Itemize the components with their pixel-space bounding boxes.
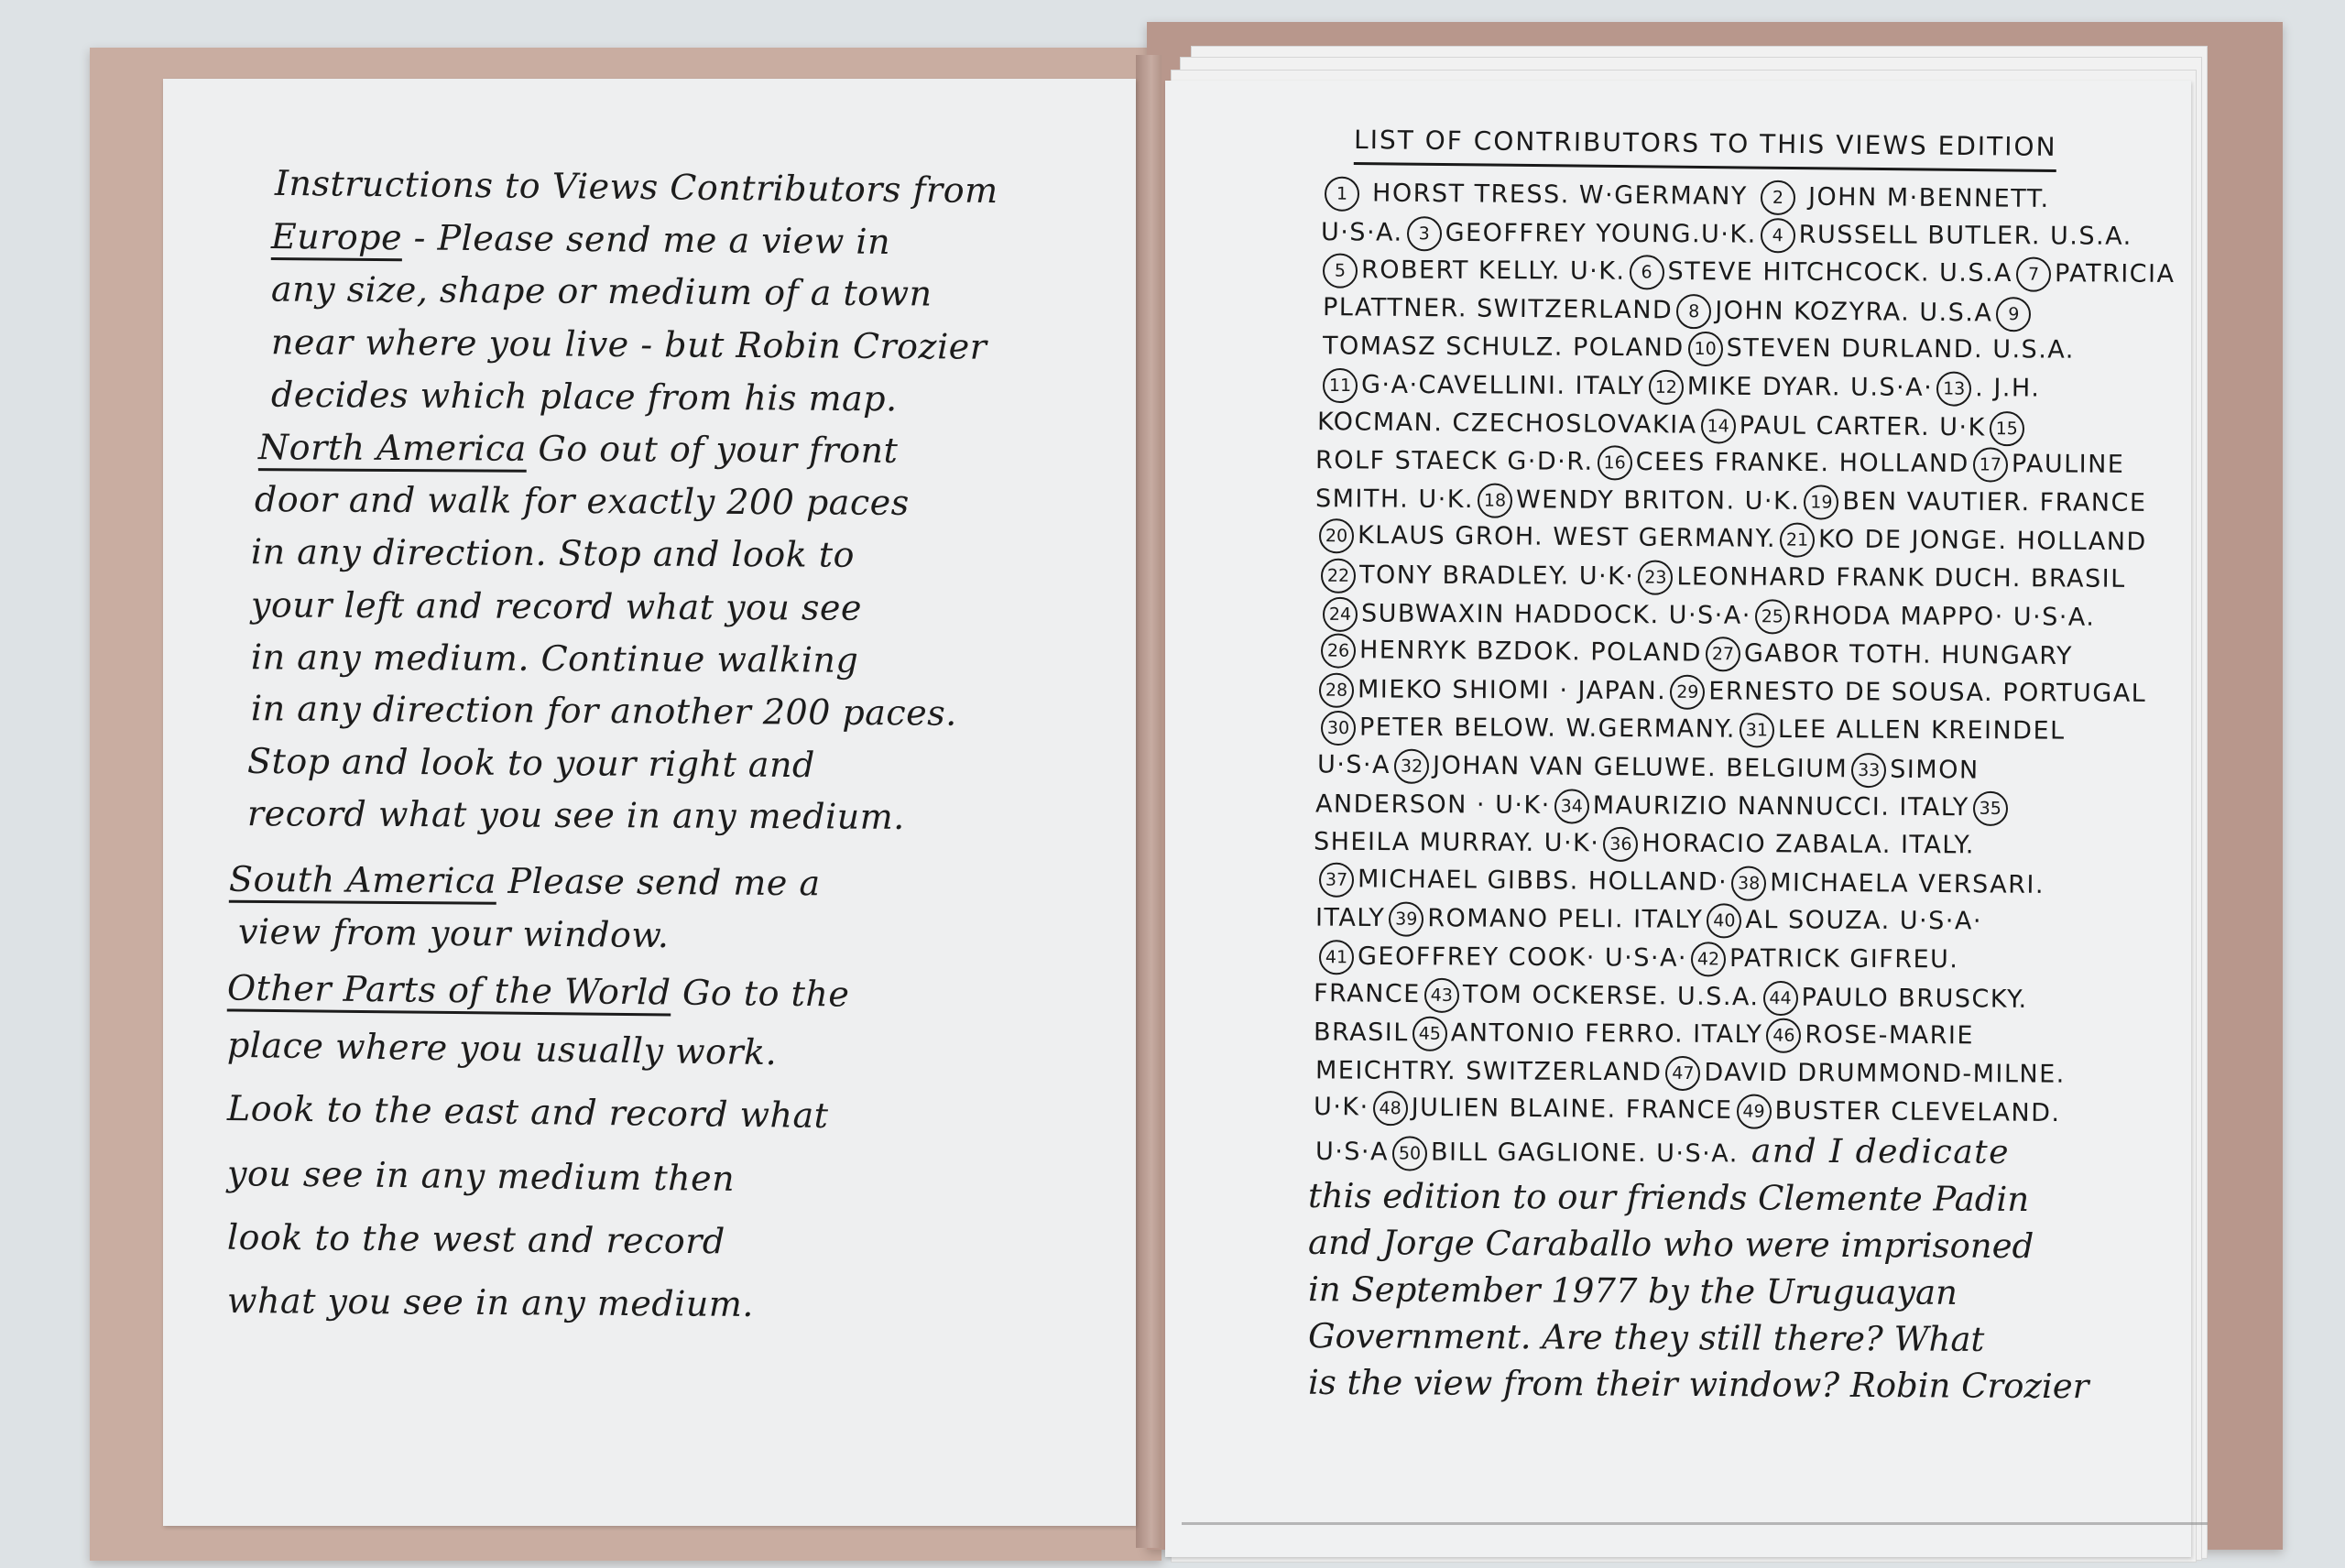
contributor-text: BUSTER CLEVELAND. [1774, 1097, 2060, 1128]
contributor-text: RHODA MAPPO· U·S·A. [1794, 602, 2096, 632]
contributor-line: 24SUBWAXIN HADDOCK. U·S·A·25RHODA MAPPO·… [1319, 596, 2096, 635]
circled-number: 17 [1973, 448, 2008, 483]
contributor-text: KO DE JONGE. HOLLAND [1818, 526, 2147, 557]
contributor-text: GEOFFREY YOUNG.U·K. [1445, 218, 1757, 248]
handwritten-line: near where you live - but Robin Crozier [271, 321, 987, 366]
circled-number: 25 [1755, 599, 1790, 634]
circled-number: 8 [1676, 294, 1711, 329]
region-heading: North America [258, 427, 527, 469]
contributor-text: ERNESTO DE SOUSA. PORTUGAL [1708, 677, 2146, 708]
circled-number: 40 [1707, 904, 1741, 939]
contributor-text: PATRICK GIFREU. [1729, 944, 1959, 974]
contributor-text: HORST TRESS. W·GERMANY [1363, 179, 1757, 211]
line-text: you see in any medium then [227, 1153, 736, 1199]
handwritten-line: South America Please send me a [229, 858, 821, 903]
contributor-text: JULIEN BLAINE. FRANCE [1412, 1094, 1733, 1125]
contributor-text: BEN VAUTIER. FRANCE [1842, 487, 2146, 517]
contributor-text: KLAUS GROH. WEST GERMANY. [1358, 521, 1776, 553]
contributor-line: BRASIL45ANTONIO FERRO. ITALY46ROSE-MARIE [1314, 1016, 1974, 1054]
contributor-line: SMITH. U·K.18WENDY BRITON. U·K.19BEN VAU… [1315, 482, 2147, 521]
contributor-text: CEES FRANKE. HOLLAND [1636, 448, 1969, 478]
handwritten-line: Stop and look to your right and [247, 741, 815, 785]
contributor-text: MICHAEL GIBBS. HOLLAND· [1358, 865, 1728, 897]
handwritten-line: Other Parts of the World Go to the [227, 967, 850, 1014]
contributor-text: ROLF STAECK G·D·R. [1315, 446, 1594, 476]
contributor-line: TOMASZ SCHULZ. POLAND10STEVEN DURLAND. U… [1323, 330, 2075, 368]
handwritten-line: record what you see in any medium. [247, 794, 905, 838]
line-text: record what you see in any medium. [247, 794, 905, 838]
contributor-text: PATRICIA [2055, 259, 2176, 289]
contributor-line: 22TONY BRADLEY. U·K·23LEONHARD FRANK DUC… [1317, 559, 2126, 598]
line-text: Go out of your front [527, 429, 899, 471]
contributor-line: FRANCE43TOM OCKERSE. U.S.A.44PAULO BRUSC… [1314, 976, 2028, 1018]
contributor-line: U·S·A50BILL GAGLIONE. U·S·A.and I dedica… [1315, 1130, 2010, 1173]
handwritten-line: view from your window. [238, 911, 670, 955]
circled-number: 31 [1740, 713, 1774, 748]
line-text: Look to the east and record what [227, 1088, 829, 1136]
handwritten-line: Look to the east and record what [227, 1088, 829, 1136]
circled-number: 2 [1761, 180, 1795, 215]
line-text: decides which place from his map. [271, 374, 898, 419]
dedication-line: this edition to our friends Clemente Pad… [1308, 1176, 2029, 1219]
circled-number: 22 [1321, 559, 1356, 593]
circled-number: 15 [1990, 411, 2024, 446]
contributor-text: LEE ALLEN KREINDEL [1778, 715, 2066, 746]
circled-number: 24 [1323, 596, 1358, 631]
region-heading: South America [229, 858, 496, 900]
circled-number: 13 [1936, 371, 1971, 406]
contributor-line: 37MICHAEL GIBBS. HOLLAND·38MICHAELA VERS… [1315, 862, 2045, 903]
contributor-text: ANTONIO FERRO. ITALY [1451, 1019, 1763, 1050]
contributor-line: U·S·A.3GEOFFREY YOUNG.U·K.4RUSSELL BUTLE… [1321, 215, 2132, 255]
contributor-text: LEONHARD FRANK DUCH. BRASIL [1676, 562, 2125, 593]
line-text: Instructions to Views Contributors from [275, 163, 998, 211]
contributors-heading: LIST OF CONTRIBUTORS TO THIS VIEWS EDITI… [1354, 125, 2057, 172]
contributor-text: TOMASZ SCHULZ. POLAND [1323, 332, 1685, 363]
contributor-text: STEVEN DURLAND. U.S.A. [1727, 334, 2075, 365]
circled-number: 49 [1736, 1094, 1771, 1129]
circled-number: 3 [1407, 216, 1442, 251]
contributor-line: SHEILA MURRAY. U·K·36HORACIO ZABALA. ITA… [1314, 825, 1975, 864]
contributor-line: PLATTNER. SWITZERLAND8JOHN KOZYRA. U.S.A… [1323, 290, 2035, 332]
contributor-line: 1 HORST TRESS. W·GERMANY 2 JOHN M·BENNET… [1321, 177, 2050, 218]
circled-number: 38 [1731, 866, 1766, 900]
circled-number: 23 [1638, 561, 1673, 595]
contributor-text: DAVID DRUMMOND-MILNE. [1704, 1058, 2066, 1088]
circled-number: 21 [1780, 523, 1815, 558]
contributor-line: U·S·A32JOHAN VAN GELUWE. BELGIUM33SIMON [1317, 748, 1980, 789]
line-text: - Please send me a view in [402, 217, 890, 262]
contributor-line: MEICHTRY. SWITZERLAND47DAVID DRUMMOND-MI… [1315, 1054, 2066, 1093]
contributor-text: PAULINE [2012, 450, 2125, 479]
circled-number: 11 [1323, 368, 1358, 403]
contributor-line: KOCMAN. CZECHOSLOVAKIA14PAUL CARTER. U·K… [1317, 405, 2028, 446]
circled-number: 35 [1973, 790, 2008, 825]
contributor-text: SIMON [1890, 756, 1980, 785]
contributor-text: MIKE DYAR. U.S·A· [1687, 373, 1934, 402]
line-text: in any direction. Stop and look to [251, 532, 855, 575]
contributor-text: MEICHTRY. SWITZERLAND [1315, 1056, 1663, 1086]
handwritten-line: door and walk for exactly 200 paces [255, 479, 910, 523]
circled-number: 43 [1424, 977, 1459, 1012]
contributor-text: RUSSELL BUTLER. U.S.A. [1799, 221, 2132, 251]
contributor-line: 11G·A·CAVELLINI. ITALY12MIKE DYAR. U.S·A… [1319, 368, 2041, 407]
line-text: Please send me a [496, 860, 821, 902]
region-heading: Europe [271, 216, 402, 257]
circled-number: 1 [1325, 177, 1359, 212]
handwritten-line: you see in any medium then [227, 1153, 736, 1199]
circled-number: 45 [1412, 1017, 1447, 1051]
circled-number: 18 [1478, 483, 1512, 517]
handwritten-line: any size, shape or medium of a town [271, 269, 933, 314]
contributor-line: ITALY39ROMANO PELI. ITALY40AL SOUZA. U·S… [1315, 901, 1982, 940]
contributor-text: HORACIO ZABALA. ITALY. [1641, 830, 1975, 860]
circled-number: 46 [1766, 1018, 1801, 1053]
circled-number: 48 [1372, 1091, 1407, 1126]
dedication-line: and Jorge Caraballo who were imprisoned [1308, 1223, 2034, 1266]
circled-number: 27 [1706, 637, 1740, 671]
circled-number: 5 [1323, 254, 1358, 289]
contributor-text: JOHAN VAN GELUWE. BELGIUM [1433, 751, 1848, 783]
contributor-text: MIEKO SHIOMI · JAPAN. [1358, 675, 1666, 705]
line-text: look to the west and record [227, 1216, 725, 1261]
contributor-line: ANDERSON · U·K·34MAURIZIO NANNUCCI. ITAL… [1315, 788, 2012, 826]
circled-number: 50 [1392, 1136, 1427, 1171]
circled-number: 19 [1804, 485, 1838, 519]
contributor-line: 30PETER BELOW. W.GERMANY.31LEE ALLEN KRE… [1317, 711, 2066, 749]
contributor-text: U·S·A [1315, 1138, 1389, 1166]
contributor-text: JOHN M·BENNETT. [1799, 183, 2050, 213]
circled-number: 7 [2016, 257, 2051, 292]
contributor-text: HENRYK BZDOK. POLAND [1359, 636, 1702, 667]
circled-number: 9 [1996, 297, 2031, 332]
contributor-text: ITALY [1315, 904, 1385, 932]
circled-number: 34 [1554, 789, 1589, 823]
contributor-text: ANDERSON · U·K· [1315, 789, 1551, 819]
circled-number: 16 [1598, 445, 1632, 480]
handwritten-line: Europe - Please send me a view in [271, 216, 890, 262]
contributor-text: AL SOUZA. U·S·A· [1745, 906, 1982, 935]
circled-number: 36 [1603, 827, 1638, 862]
contributor-text: BRASIL [1314, 1018, 1409, 1048]
line-text: Go to the [671, 973, 849, 1015]
circled-number: 47 [1665, 1056, 1700, 1091]
contributor-text: PETER BELOW. W.GERMANY. [1359, 713, 1736, 744]
circled-number: 6 [1629, 256, 1663, 290]
contributor-text: GABOR TOTH. HUNGARY [1744, 639, 2073, 670]
circled-number: 33 [1851, 753, 1886, 788]
circled-number: 12 [1649, 370, 1684, 405]
contributor-text: ROMANO PELI. ITALY [1427, 905, 1703, 935]
contributor-text: SMITH. U·K. [1315, 485, 1474, 514]
contributor-text: TOM OCKERSE. U.S.A. [1463, 980, 1760, 1011]
circled-number: 26 [1321, 634, 1356, 669]
sheet-edge-line [1182, 1522, 2208, 1525]
handwritten-line: decides which place from his map. [271, 374, 898, 419]
handwritten-line: in any direction for another 200 paces. [251, 688, 957, 733]
contributor-text: PLATTNER. SWITZERLAND [1323, 293, 1674, 324]
contributor-text: . J.H. [1975, 374, 2040, 402]
handwritten-line: North America Go out of your front [258, 427, 899, 471]
contributor-text: MICHAELA VERSARI. [1770, 868, 2045, 899]
contributor-text: U·K· [1314, 1093, 1369, 1122]
circled-number: 44 [1762, 980, 1797, 1015]
handwritten-line: Instructions to Views Contributors from [275, 163, 998, 211]
line-text: view from your window. [238, 911, 670, 955]
contributor-text: BILL GAGLIONE. U·S·A. [1431, 1138, 1739, 1169]
circled-number: 42 [1691, 942, 1726, 976]
handwritten-line: in any medium. Continue walking [251, 637, 858, 680]
contributor-text: FRANCE [1314, 979, 1421, 1008]
handwritten-line: look to the west and record [227, 1216, 725, 1261]
line-text: in any medium. Continue walking [251, 637, 858, 680]
circled-number: 28 [1319, 672, 1354, 707]
region-heading: Other Parts of the World [227, 967, 671, 1012]
line-text: your left and record what you see [251, 584, 862, 627]
contributor-line: 28MIEKO SHIOMI · JAPAN.29ERNESTO DE SOUS… [1315, 672, 2146, 712]
handwritten-line: place where you usually work. [227, 1025, 778, 1073]
dedication-line: in September 1977 by the Uruguayan [1308, 1269, 1958, 1312]
contributor-text: JOHN KOZYRA. U.S.A [1715, 297, 1992, 328]
circled-number: 30 [1321, 711, 1356, 746]
handwritten-line: your left and record what you see [251, 584, 862, 627]
contributor-line: 26HENRYK BZDOK. POLAND27GABOR TOTH. HUNG… [1317, 634, 2073, 675]
line-text: Stop and look to your right and [247, 741, 815, 785]
folder-spine [1136, 55, 1162, 1548]
contributor-text: PAULO BRUSCKY. [1801, 983, 2027, 1013]
line-text: near where you live - but Robin Crozier [271, 321, 987, 366]
contributor-text: KOCMAN. CZECHOSLOVAKIA [1317, 408, 1697, 440]
contributor-text: TONY BRADLEY. U·K· [1359, 561, 1635, 591]
dedication-intro: and I dedicate [1751, 1133, 2010, 1171]
circled-number: 10 [1688, 332, 1723, 366]
line-text: any size, shape or medium of a town [271, 269, 933, 314]
line-text: what you see in any medium. [227, 1280, 754, 1324]
contributor-text: WENDY BRITON. U·K. [1516, 485, 1801, 516]
contributor-text: ROBERT KELLY. U·K. [1361, 256, 1626, 286]
line-text: door and walk for exactly 200 paces [255, 479, 910, 523]
contributor-line: ROLF STAECK G·D·R.16CEES FRANKE. HOLLAND… [1315, 444, 2125, 484]
contributor-text: U·S·A [1317, 750, 1391, 779]
line-text: in any direction for another 200 paces. [251, 688, 957, 733]
contributor-text: G·A·CAVELLINI. ITALY [1361, 371, 1645, 401]
circled-number: 29 [1670, 674, 1705, 709]
handwritten-line: what you see in any medium. [227, 1280, 754, 1324]
circled-number: 32 [1394, 749, 1429, 784]
circled-number: 20 [1319, 518, 1354, 553]
dedication-line: Government. Are they still there? What [1308, 1316, 1985, 1359]
contributor-text: U·S·A. [1321, 218, 1403, 246]
contributor-line: U·K·48JULIEN BLAINE. FRANCE49BUSTER CLEV… [1314, 1091, 2061, 1132]
contributor-text: MAURIZIO NANNUCCI. ITALY [1593, 791, 1969, 822]
contributor-line: 5ROBERT KELLY. U·K.6STEVE HITCHCOCK. U.S… [1319, 254, 2176, 293]
circled-number: 4 [1761, 218, 1795, 253]
contributor-line: 41GEOFFREY COOK· U·S·A·42PATRICK GIFREU. [1315, 940, 1959, 978]
contributor-text: SUBWAXIN HADDOCK. U·S·A· [1361, 599, 1751, 629]
circled-number: 14 [1700, 408, 1735, 443]
contributor-text: STEVE HITCHCOCK. U.S.A [1667, 257, 2012, 288]
contributor-text: ROSE-MARIE [1805, 1021, 1974, 1051]
dedication-line: is the view from their window? Robin Cro… [1308, 1362, 2089, 1405]
circled-number: 37 [1319, 862, 1354, 897]
circled-number: 41 [1319, 940, 1354, 975]
contributor-text: PAUL CARTER. U·K [1740, 411, 1986, 441]
line-text: place where you usually work. [227, 1025, 778, 1073]
handwritten-line: in any direction. Stop and look to [251, 532, 855, 575]
circled-number: 39 [1389, 902, 1423, 937]
contributor-text: GEOFFREY COOK· U·S·A· [1358, 942, 1687, 973]
contributor-text: SHEILA MURRAY. U·K· [1314, 828, 1600, 858]
